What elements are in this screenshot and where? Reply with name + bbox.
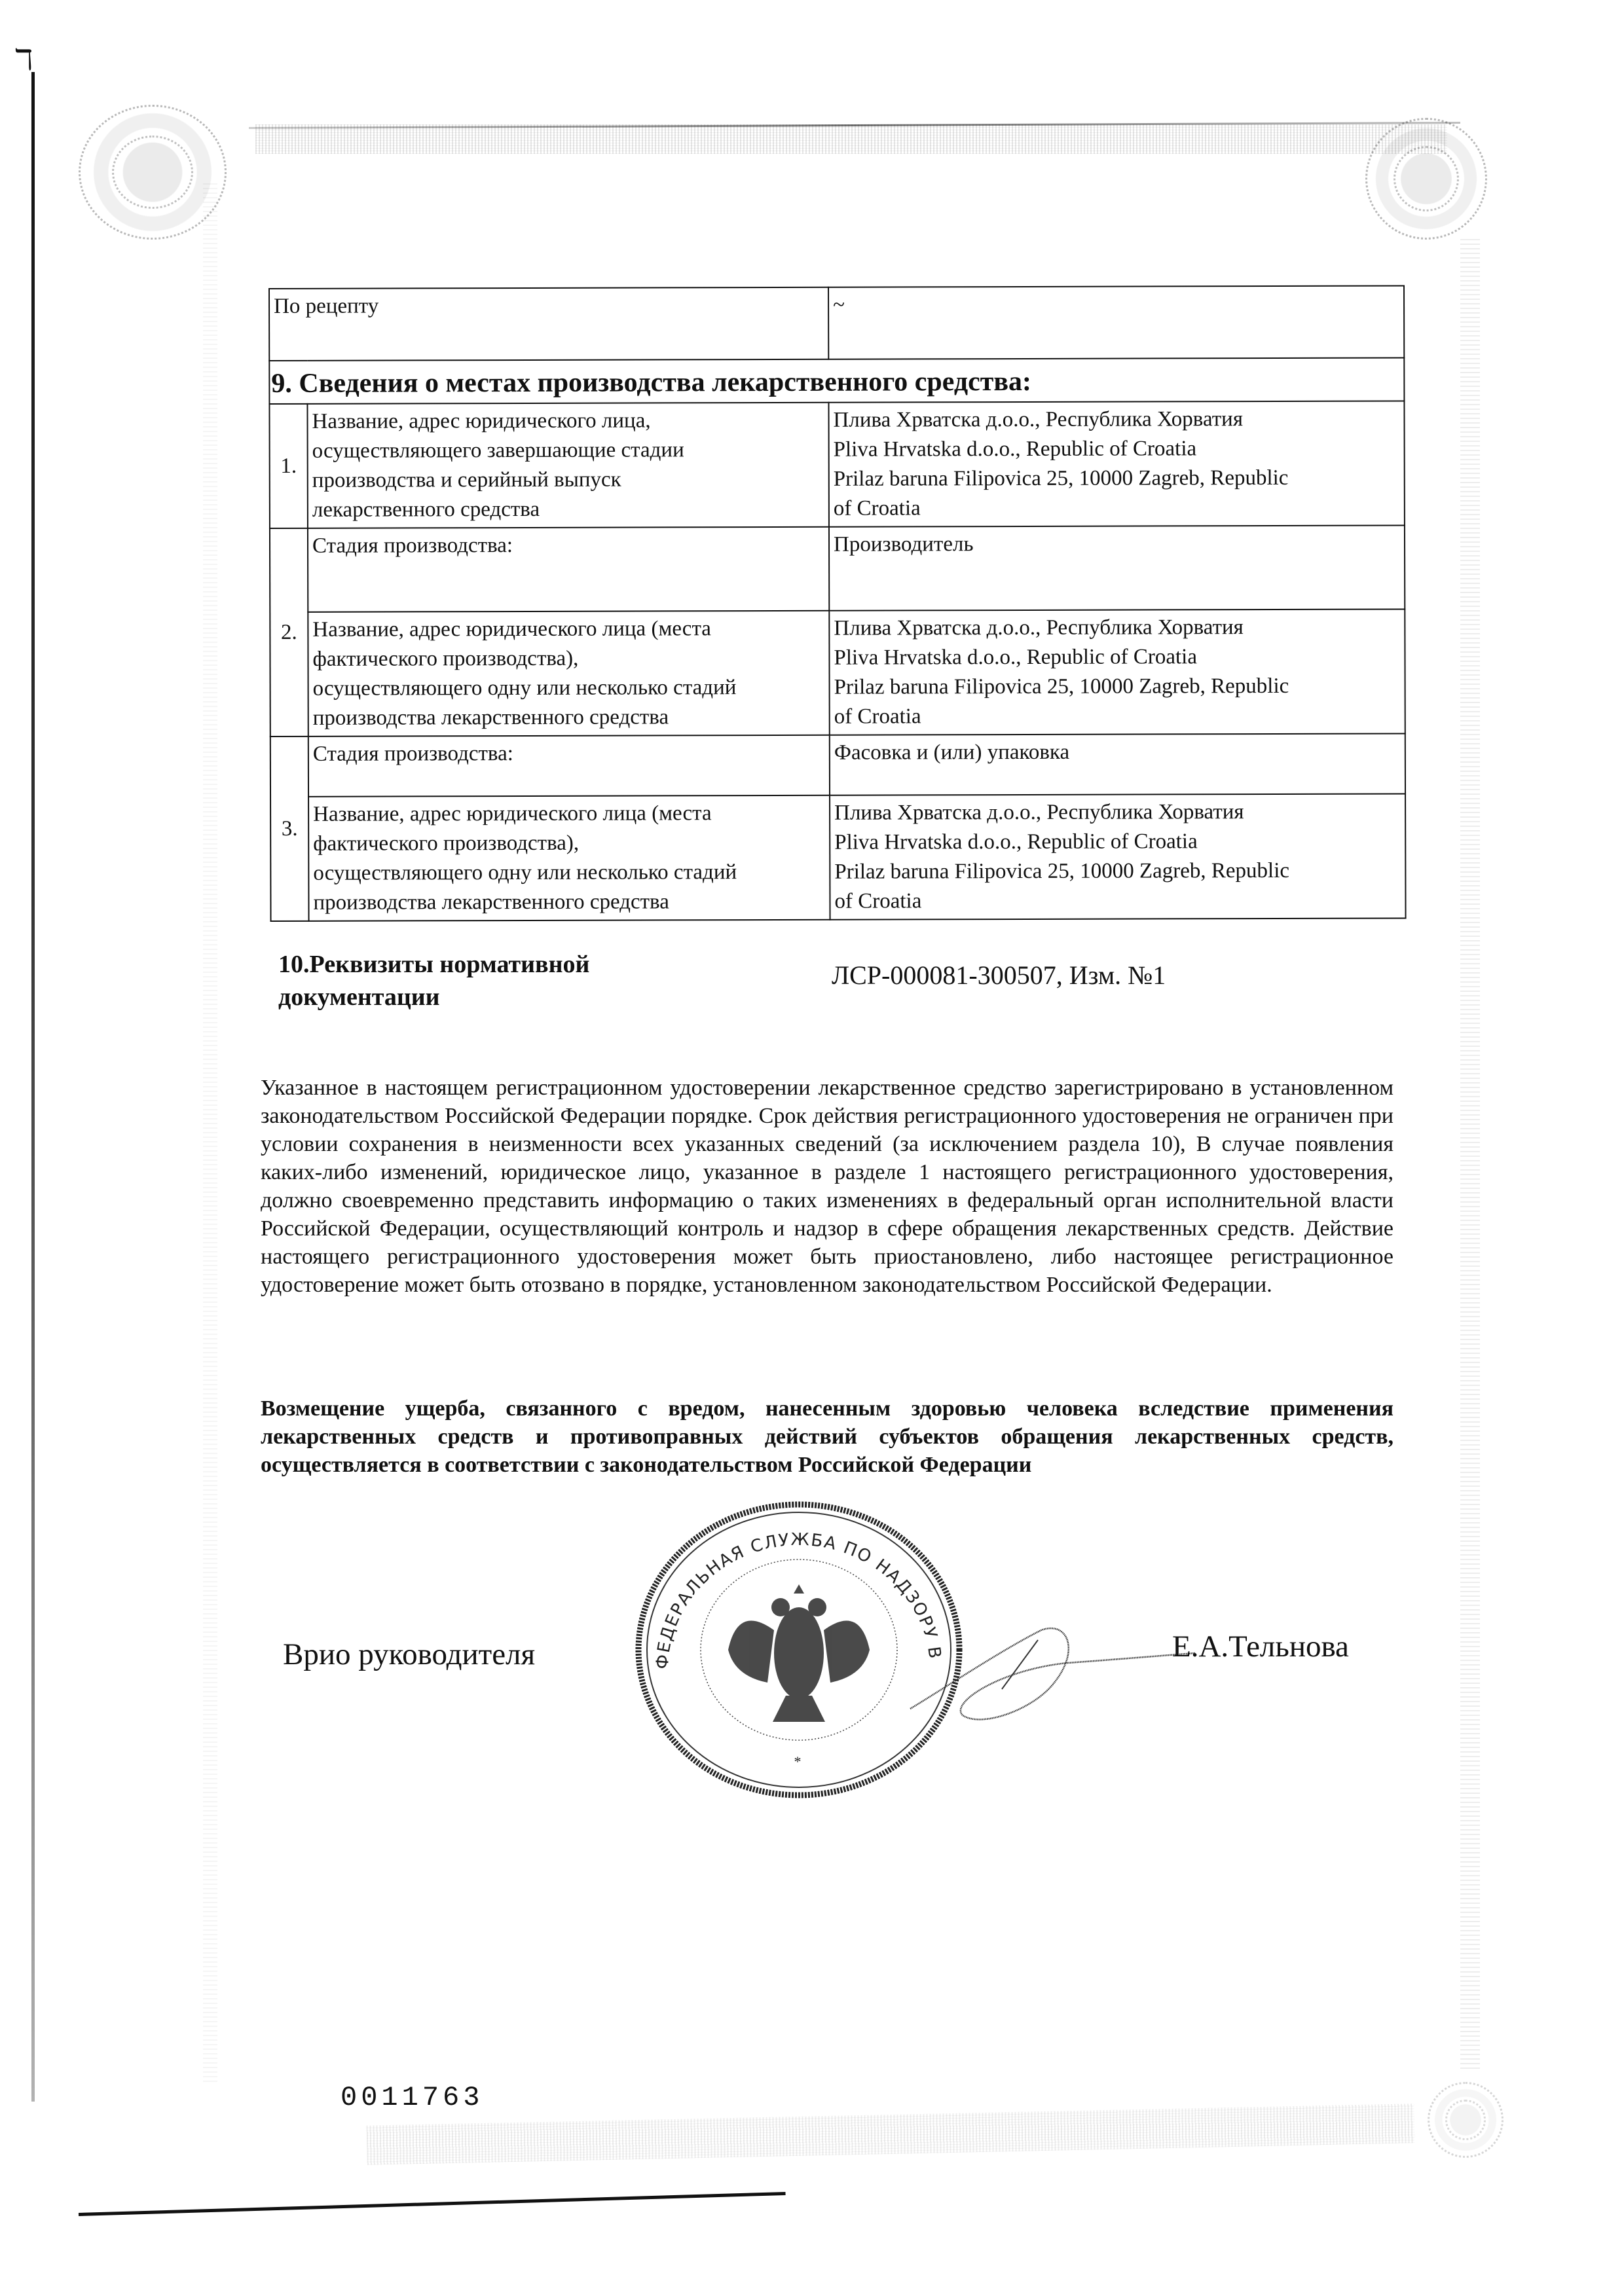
label-line: осуществляющего завершающие стадии	[312, 435, 823, 466]
prescription-label: По рецепту	[269, 287, 828, 361]
form-serial-number: 0011763	[341, 2082, 483, 2113]
value-line: Prilaz baruna Filipovica 25, 10000 Zagre…	[834, 671, 1399, 702]
value-line: Prilaz baruna Filipovica 25, 10000 Zagre…	[834, 463, 1399, 494]
entry-number: 3.	[270, 737, 309, 921]
right-guilloche-band	[1460, 236, 1480, 2069]
value-line: of Croatia	[834, 701, 1399, 731]
label-line: Название, адрес юридического лица (места	[312, 614, 823, 645]
entry-value: Плива Хрватска д.о.о., Республика Хорват…	[828, 401, 1404, 526]
double-headed-eagle-icon	[728, 1584, 870, 1722]
label-line: осуществляющего одну или несколько стади…	[313, 673, 824, 704]
value-line: Pliva Hrvatska d.o.o., Republic of Croat…	[834, 642, 1399, 672]
table-row-entry-2-stage: 2. Стадия производства: Производитель	[270, 525, 1405, 612]
entry-value: Плива Хрватска д.о.о., Республика Хорват…	[830, 793, 1405, 919]
label-line: Название, адрес юридического лица (места	[313, 799, 824, 829]
label-line: производства лекарственного средства	[313, 702, 824, 733]
value-line: of Croatia	[834, 492, 1399, 523]
entry-label: Название, адрес юридического лица (места…	[308, 611, 829, 737]
stage-value: Производитель	[829, 525, 1405, 610]
label-line: Название, адрес юридического лица,	[312, 406, 822, 437]
section9-header-row: 9. Сведения о местах производства лекарс…	[269, 357, 1404, 404]
label-line: производства и серийный выпуск	[312, 465, 823, 496]
prescription-value: ~	[828, 285, 1404, 359]
bottom-border-rule	[79, 2192, 786, 2216]
entry-label: Название, адрес юридического лица, осуще…	[307, 403, 828, 528]
label-line: лекарственного средства	[312, 494, 823, 525]
bottom-guilloche-band	[367, 2104, 1415, 2164]
value-line: Плива Хрватска д.о.о., Республика Хорват…	[834, 612, 1399, 643]
value-line: Prilaz baruna Filipovica 25, 10000 Zagre…	[834, 856, 1399, 886]
entry-number: 2.	[270, 528, 308, 737]
value-line: Pliva Hrvatska d.o.o., Republic of Croat…	[834, 826, 1399, 857]
compensation-paragraph: Возмещение ущерба, связанного с вредом, …	[261, 1394, 1393, 1479]
table-row-entry-2-site: Название, адрес юридического лица (места…	[270, 609, 1405, 737]
stage-label: Стадия производства:	[308, 527, 829, 612]
table-row-entry-3-site: Название, адрес юридического лица (места…	[270, 793, 1405, 921]
value-line: Плива Хрватска д.о.о., Республика Хорват…	[833, 404, 1398, 435]
prescription-row: По рецепту ~	[269, 285, 1404, 361]
signatory-position: Врио руководителя	[283, 1637, 535, 1672]
svg-text:*: *	[794, 1753, 802, 1770]
top-guilloche-band	[255, 124, 1447, 154]
corner-handwritten-mark: ℸ	[14, 43, 33, 77]
table-row-entry-3-stage: 3. Стадия производства: Фасовка и (или) …	[270, 733, 1405, 797]
label-line: фактического производства),	[312, 644, 823, 674]
manufacturing-sites-table: По рецепту ~ 9. Сведения о местах произв…	[268, 285, 1407, 922]
validity-paragraph: Указанное в настоящем регистрационном уд…	[261, 1074, 1393, 1299]
table-row-entry-1: 1. Название, адрес юридического лица, ос…	[269, 401, 1404, 528]
entry-label: Название, адрес юридического лица (места…	[308, 795, 830, 921]
section10-title-line: 10.Реквизиты нормативной	[278, 948, 697, 981]
top-right-rosette-icon	[1365, 118, 1487, 240]
entry-number: 1.	[269, 404, 307, 528]
bottom-right-rosette-icon	[1428, 2082, 1504, 2158]
value-line: of Croatia	[834, 885, 1399, 916]
label-line: фактического производства),	[313, 828, 824, 859]
label-line: осуществляющего одну или несколько стади…	[313, 858, 824, 888]
section10-title-line: документации	[278, 981, 697, 1013]
stage-value: Фасовка и (или) упаковка	[830, 733, 1405, 795]
left-margin-rule	[31, 72, 35, 2102]
left-guilloche-band	[203, 183, 217, 2082]
handwritten-signature-icon	[904, 1611, 1198, 1735]
section10-title: 10.Реквизиты нормативной документации	[278, 948, 697, 1013]
value-line: Pliva Hrvatska d.o.o., Republic of Croat…	[834, 433, 1399, 464]
entry-value: Плива Хрватска д.о.о., Республика Хорват…	[829, 609, 1405, 735]
value-line: Плива Хрватска д.о.о., Республика Хорват…	[834, 797, 1399, 828]
signatory-name: Е.А.Тельнова	[1172, 1629, 1349, 1664]
normative-doc-number: ЛСР-000081-300507, Изм. №1	[832, 960, 1166, 991]
section9-title: 9. Сведения о местах производства лекарс…	[269, 357, 1404, 404]
stage-label: Стадия производства:	[308, 735, 830, 797]
label-line: производства лекарственного средства	[313, 887, 824, 918]
